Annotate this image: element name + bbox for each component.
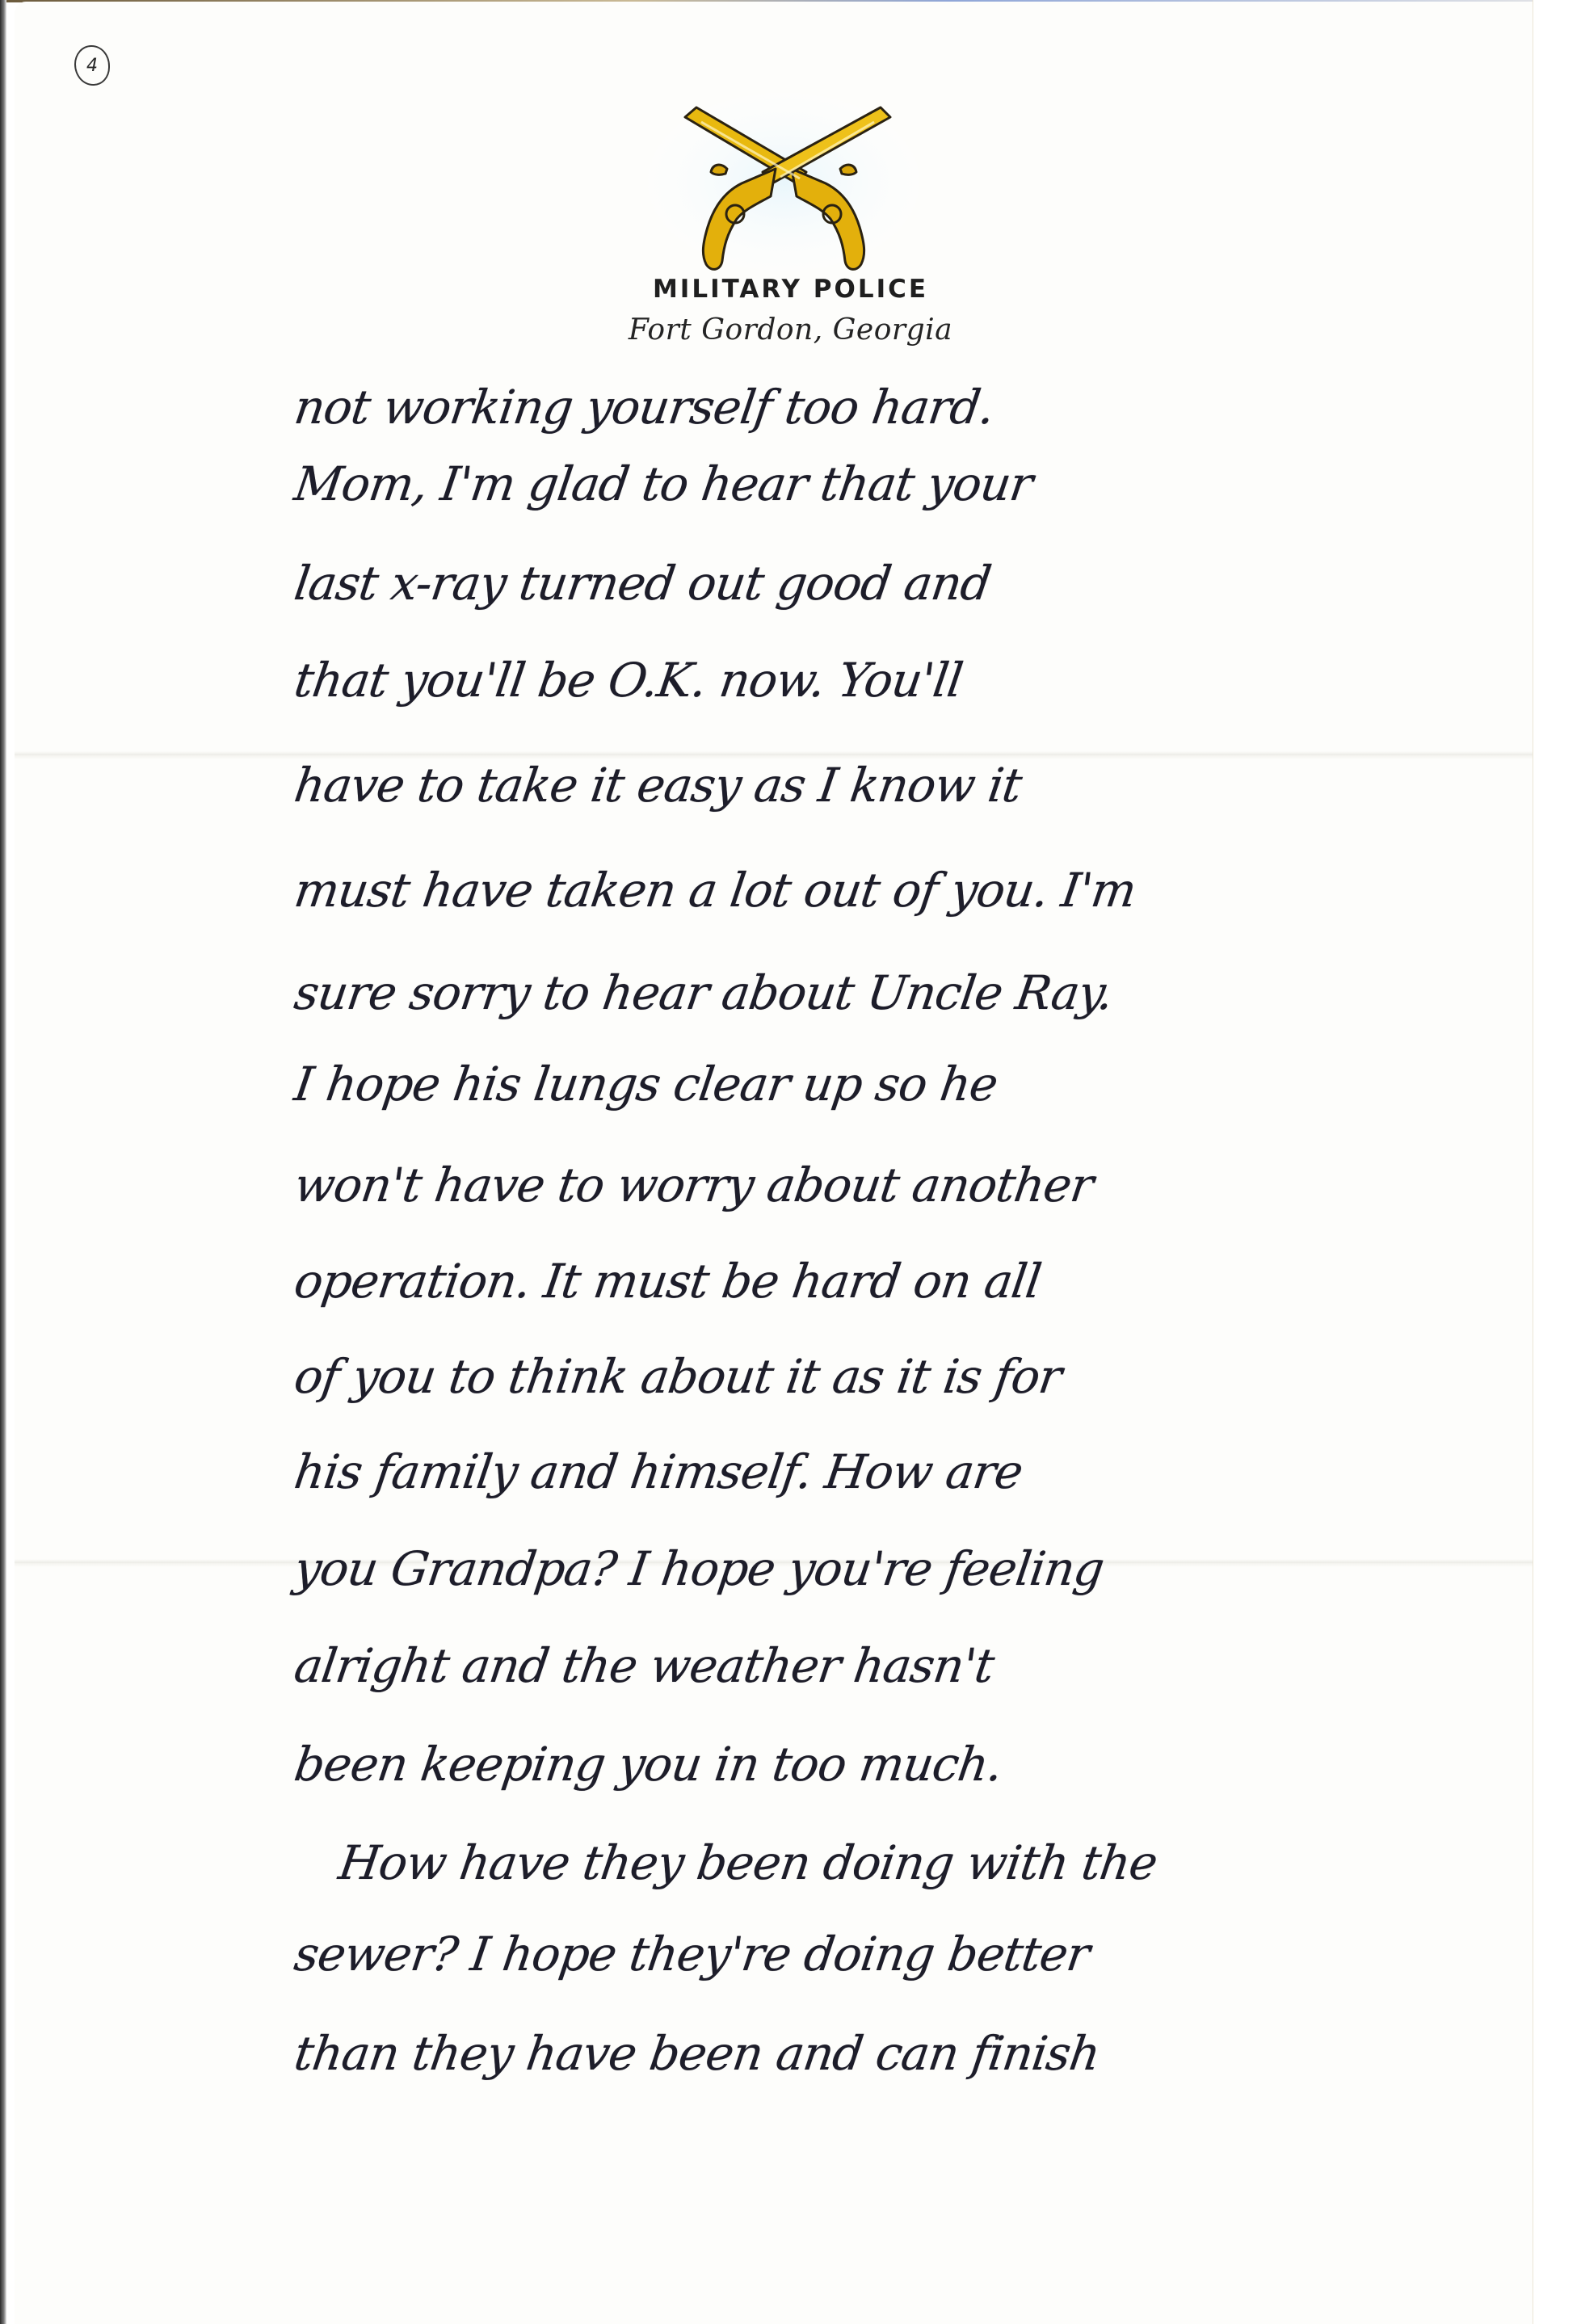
letter-line: operation. It must be hard on all bbox=[291, 1254, 1044, 1309]
letterhead-title: MILITARY POLICE bbox=[0, 275, 1581, 304]
letter-line: his family and himself. How are bbox=[291, 1444, 1026, 1499]
letter-line: you Grandpa? I hope you're feeling bbox=[291, 1541, 1107, 1596]
page-number-label: 4 bbox=[86, 56, 98, 76]
letter-line: than they have been and can finish bbox=[291, 2026, 1103, 2081]
letter-line: that you'll be O.K. now. You'll bbox=[291, 653, 965, 708]
letter-line: not working yourself too hard. bbox=[291, 380, 998, 435]
letter-line: of you to think about it as it is for bbox=[291, 1349, 1065, 1404]
scan-border-left bbox=[0, 0, 6, 2324]
letterhead-location: Fort Gordon, Georgia bbox=[0, 313, 1581, 347]
page-number: 4 bbox=[74, 45, 110, 86]
letter-line: won't have to worry about another bbox=[291, 1158, 1096, 1212]
letter-line: Mom, I'm glad to hear that your bbox=[291, 456, 1036, 511]
crossed-pistols-icon bbox=[638, 85, 929, 279]
letter-line: sewer? I hope they're doing better bbox=[291, 1927, 1092, 1981]
letter-line: been keeping you in too much. bbox=[291, 1737, 1006, 1792]
letter-line: I hope his lungs clear up so he bbox=[291, 1057, 1001, 1112]
letter-line: have to take it easy as I know it bbox=[291, 758, 1024, 813]
letter-line: alright and the weather hasn't bbox=[291, 1638, 997, 1693]
scan-margin-right bbox=[1533, 0, 1581, 2324]
letter-line: How have they been doing with the bbox=[335, 1835, 1160, 1890]
letter-line: last x-ray turned out good and bbox=[291, 556, 994, 611]
letter-line: must have taken a lot out of you. I'm bbox=[291, 863, 1139, 918]
letter-line: sure sorry to hear about Uncle Ray. bbox=[291, 965, 1116, 1020]
